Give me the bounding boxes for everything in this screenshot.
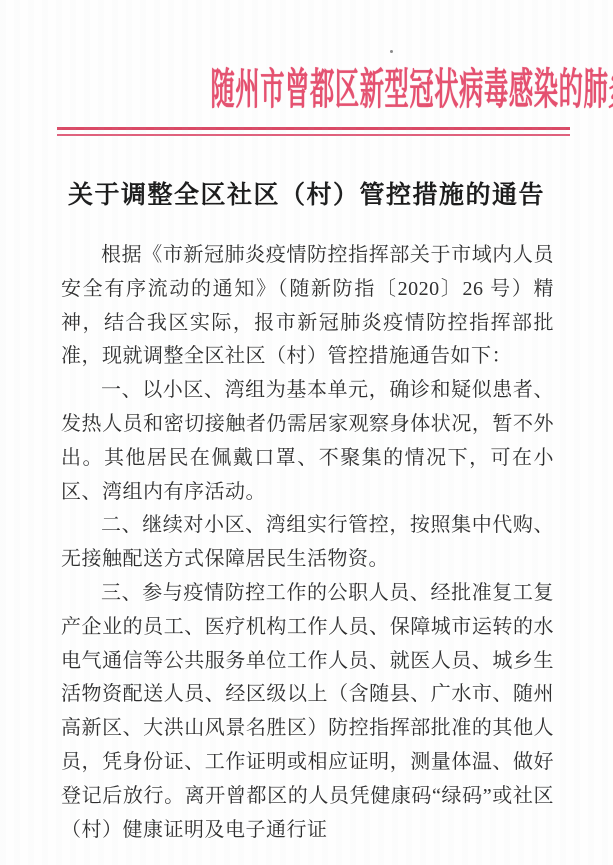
scan-speck [390, 50, 393, 53]
body-paragraph-3: 二、继续对小区、湾组实行管控，按照集中代购、无接触配送方式保障居民生活物资。 [61, 509, 554, 577]
header-double-rule [57, 127, 570, 136]
red-header: 随州市曾都区新型冠状病毒感染的肺炎防控指挥部 [0, 56, 613, 117]
document-title: 关于调整全区社区（村）管控措施的通告 [0, 175, 613, 211]
body-paragraph-2: 一、以小区、湾组为基本单元，确诊和疑似患者、发热人员和密切接触者仍需居家观察身体… [61, 374, 554, 509]
issuer-name: 随州市曾都区新型冠状病毒感染的肺炎防控指挥部 [211, 56, 613, 117]
document-page: 随州市曾都区新型冠状病毒感染的肺炎防控指挥部 关于调整全区社区（村）管控措施的通… [0, 0, 613, 865]
body-paragraph-4: 三、参与疫情防控工作的公职人员、经批准复工复产企业的员工、医疗机构工作人员、保障… [61, 577, 554, 847]
document-body: 根据《市新冠肺炎疫情防控指挥部关于市域内人员安全有序流动的通知》（随新防指〔20… [61, 239, 554, 847]
footer-rule [55, 799, 586, 804]
body-paragraph-1: 根据《市新冠肺炎疫情防控指挥部关于市域内人员安全有序流动的通知》（随新防指〔20… [61, 239, 554, 374]
